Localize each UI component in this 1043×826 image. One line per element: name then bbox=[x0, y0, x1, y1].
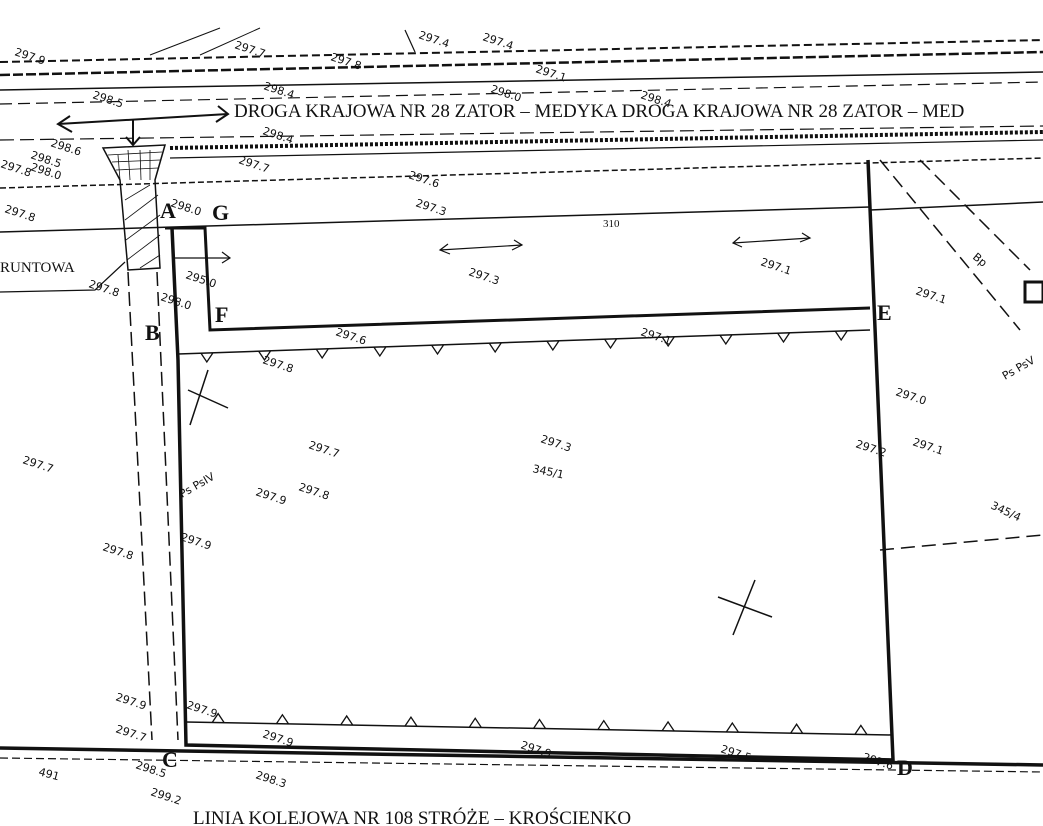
point-b: B bbox=[145, 320, 160, 345]
elevation-label: 295.0 bbox=[184, 268, 218, 290]
elevation-label: 297.2 bbox=[854, 437, 888, 459]
entrance-hatch bbox=[103, 145, 165, 270]
embankment bbox=[178, 330, 893, 735]
parcel-345-4: 345/4 bbox=[989, 499, 1023, 524]
elevation-label: 299.2 bbox=[149, 785, 183, 807]
elevation-label: 297.9 bbox=[13, 45, 47, 67]
elevation-label: 297.1 bbox=[914, 284, 948, 306]
elevation-label: 297.7 bbox=[233, 38, 267, 60]
road-label: DROGA KRAJOWA NR 28 ZATOR – MEDYKA DROGA… bbox=[234, 101, 964, 122]
elevation-label: 297.4 bbox=[417, 28, 451, 50]
elevation-label: 297.8 bbox=[329, 50, 363, 72]
land-use-psv: Ps PsV bbox=[1000, 353, 1038, 382]
elevation-label: 297.8 bbox=[3, 202, 37, 224]
parcel-345-1: 345/1 bbox=[531, 462, 565, 481]
elevation-label: 297.8 bbox=[101, 540, 135, 562]
elevation-label: 297.8 bbox=[297, 480, 331, 502]
point-e: E bbox=[877, 300, 892, 325]
point-g: G bbox=[212, 200, 229, 225]
elevation-label: 297.6 bbox=[334, 325, 368, 347]
plot-boundary bbox=[165, 160, 893, 760]
map-canvas: DROGA KRAJOWA NR 28 ZATOR – MEDYKA DROGA… bbox=[0, 0, 1043, 826]
flow-arrows bbox=[175, 233, 810, 263]
elevation-label: 297.9 bbox=[179, 530, 213, 552]
line-label: 310 bbox=[603, 218, 620, 230]
land-use-psiv: Ps PsIV bbox=[177, 470, 217, 501]
elevation-label: 297.1 bbox=[639, 325, 673, 347]
land-use-bp: Bp bbox=[970, 250, 989, 269]
point-f: F bbox=[215, 302, 228, 327]
elevation-label: 297.3 bbox=[467, 265, 501, 287]
elevation-label: 297.9 bbox=[114, 690, 148, 712]
elevation-label: 297.9 bbox=[254, 485, 288, 507]
elevation-label: 297.8 bbox=[87, 277, 121, 299]
elevation-label: 297.7 bbox=[21, 453, 55, 475]
elevation-label: 297.9 bbox=[185, 698, 219, 720]
elevation-label: 297.3 bbox=[414, 196, 448, 218]
elevation-label: 297.8 bbox=[0, 157, 33, 179]
elevation-label: 297.0 bbox=[894, 385, 928, 407]
dirt-road-label: RUNTOWA bbox=[0, 260, 75, 276]
elevation-label: 298.5 bbox=[91, 88, 125, 110]
parcel-491: 491 bbox=[37, 765, 61, 783]
elevation-label: 297.3 bbox=[539, 432, 573, 454]
elevation-label: 297.8 bbox=[261, 353, 295, 375]
parcel-lines bbox=[880, 160, 1043, 550]
elevation-label: 297.7 bbox=[237, 153, 271, 175]
rail-label: LINIA KOLEJOWA NR 108 STRÓŻE – KROŚCIENK… bbox=[193, 807, 631, 826]
elevation-label: 297.7 bbox=[307, 438, 341, 460]
survey-map: DROGA KRAJOWA NR 28 ZATOR – MEDYKA DROGA… bbox=[0, 0, 1043, 826]
elevation-label: 298.3 bbox=[254, 768, 288, 790]
elevation-label: 297.1 bbox=[911, 435, 945, 457]
elevation-label: 297.4 bbox=[481, 30, 515, 52]
elevation-label: 297.6 bbox=[407, 168, 441, 190]
point-d: D bbox=[897, 755, 913, 780]
elevation-label: 298.4 bbox=[261, 124, 295, 146]
elevation-label: 297.7 bbox=[114, 722, 148, 744]
elevation-label: 297.1 bbox=[759, 255, 793, 277]
